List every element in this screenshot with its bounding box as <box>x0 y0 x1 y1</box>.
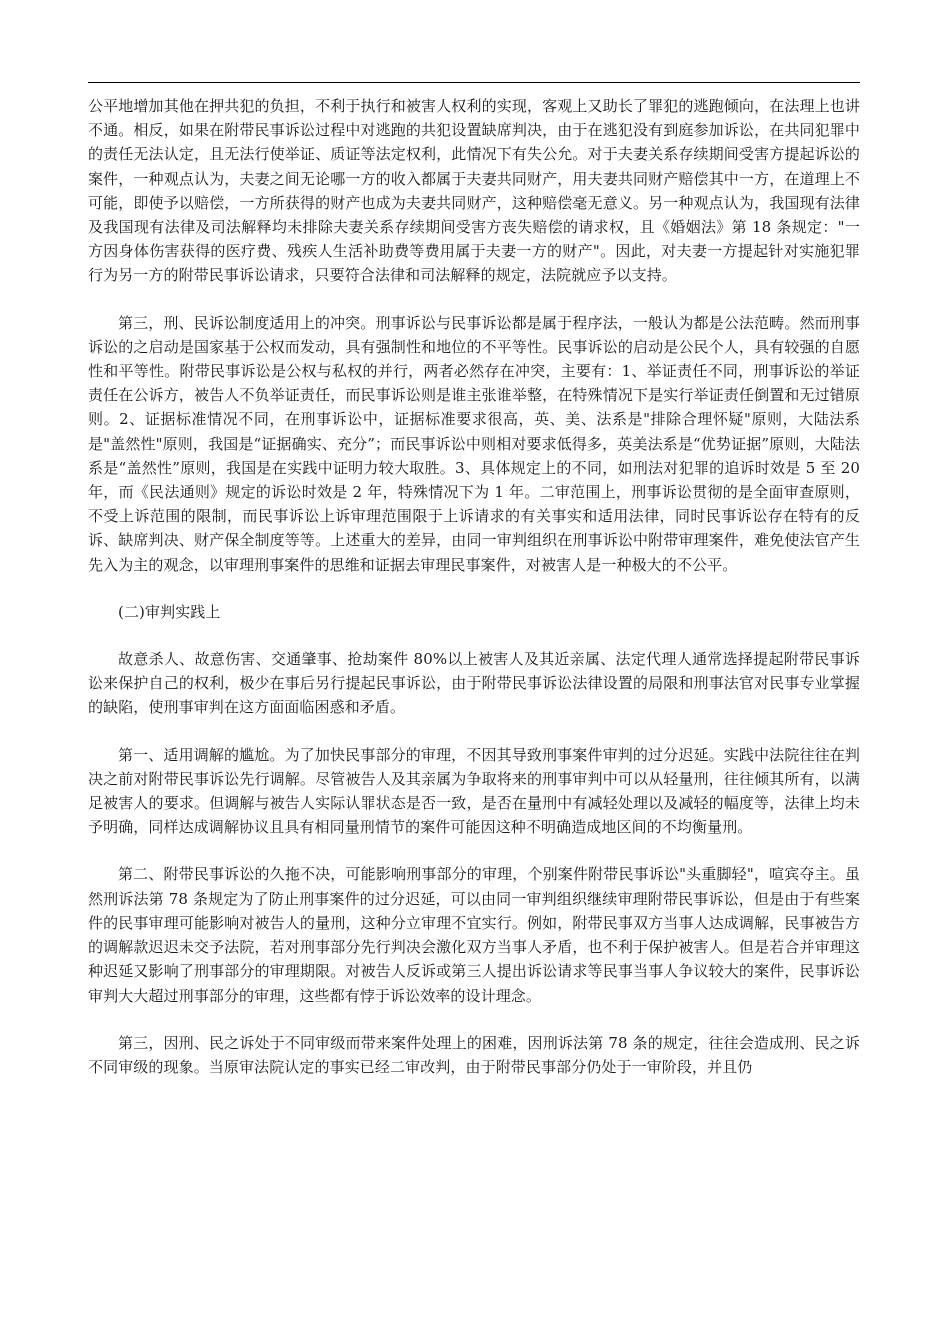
paragraph-third-conflict: 第三，刑、民诉讼制度适用上的冲突。刑事诉讼与民事诉讼都是属于程序法，一般认为都是… <box>88 311 860 577</box>
paragraph-gap <box>88 577 860 600</box>
header-rule <box>88 82 860 83</box>
paragraph-second-delay: 第二、附带民事诉讼的久拖不决，可能影响刑事部分的审理，个别案件附带民事诉讼"头重… <box>88 862 860 1007</box>
paragraph-continued: 公平地增加其他在押共犯的负担，不利于执行和被害人权利的实现，客观上又助长了罪犯的… <box>88 94 860 288</box>
paragraph-gap <box>88 288 860 311</box>
section-heading-trial-practice: (二)审判实践上 <box>88 600 860 624</box>
paragraph-first-mediation: 第一、适用调解的尴尬。为了加快民事部分的审理，不因其导致刑事案件审判的过分迟延。… <box>88 743 860 840</box>
paragraph-gap <box>88 1008 860 1031</box>
paragraph-gap <box>88 624 860 647</box>
paragraph-gap <box>88 720 860 743</box>
paragraph-gap <box>88 839 860 862</box>
document-body: 公平地增加其他在押共犯的负担，不利于执行和被害人权利的实现，客观上又助长了罪犯的… <box>88 94 860 1079</box>
paragraph-third-instance: 第三，因刑、民之诉处于不同审级而带来案件处理上的困难，因刑诉法第 78 条的规定… <box>88 1031 860 1079</box>
paragraph-intro-practice: 故意杀人、故意伤害、交通肇事、抢劫案件 80%以上被害人及其近亲属、法定代理人通… <box>88 647 860 720</box>
